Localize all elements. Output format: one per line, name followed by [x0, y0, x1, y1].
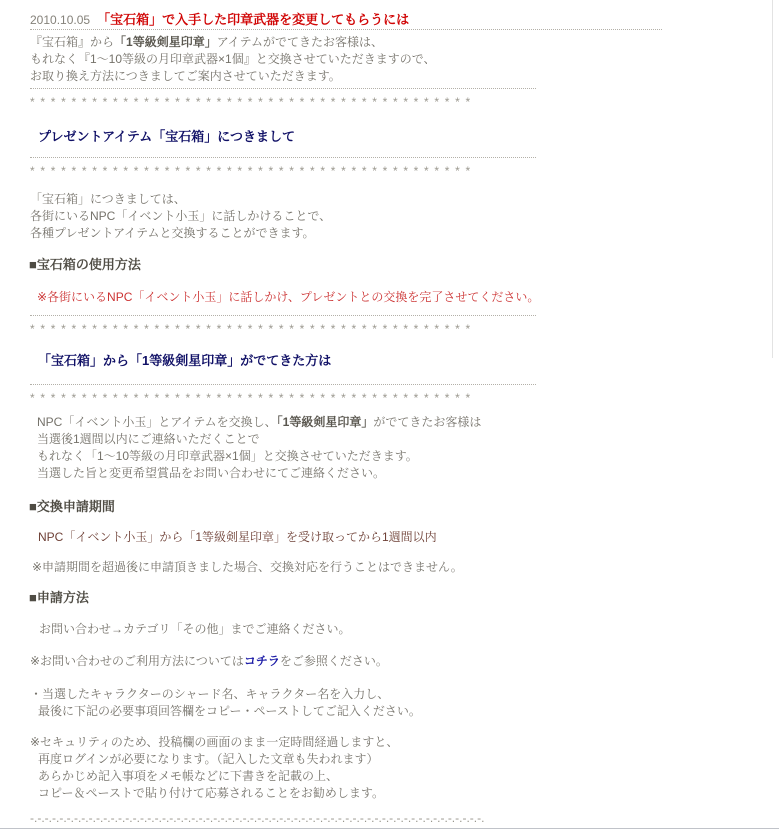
- usage-heading: ■宝石箱の使用方法: [29, 256, 141, 273]
- claim-line-1-pre: NPC「イベント小玉」とアイテムを交換し、: [37, 415, 277, 429]
- header-divider: [30, 29, 662, 30]
- intro-paragraph: 『宝石箱』から「1等級剣星印章」アイテムがでてきたお客様は、 もれなく『1～10…: [30, 34, 435, 85]
- method-heading: ■申請方法: [29, 589, 89, 606]
- gift-body-line-1: 「宝石箱」につきましては、: [30, 191, 331, 208]
- contact-note-post: をご参照ください。: [280, 654, 388, 668]
- method-line: お問い合わせ→カテゴリ「その他」までご連絡ください。: [39, 621, 351, 638]
- claim-line-3: もれなく「1～10等級の月印章武器×1個」と交換させていただきます。: [37, 448, 481, 465]
- gift-body-line-3: 各種プレゼントアイテムと交換することができます。: [30, 225, 331, 242]
- article-title: 「宝石箱」で入手した印章武器を変更してもらうには: [97, 12, 409, 27]
- contact-note-pre: ※お問い合わせのご利用方法については: [30, 654, 244, 668]
- security-paragraph: ※セキュリティのため、投稿欄の画面のまま一定時間経過しますと、 再度ログインが必…: [30, 734, 398, 802]
- asterisk-separator: ****************************************…: [30, 315, 536, 336]
- claim-paragraph: NPC「イベント小玉」とアイテムを交換し、「1等級剣星印章」がでてきたお客様は …: [37, 414, 481, 482]
- claim-line-1-post: がでてきたお客様は: [373, 415, 481, 429]
- period-note: ※申請期間を超過後に申請頂きました場合、交換対応を行うことはできません。: [32, 559, 463, 576]
- intro-line-1-pre: 『宝石箱』から: [30, 35, 114, 49]
- winner-section-heading: 「宝石箱」から「1等級剣星印章」がでてきた方は: [38, 352, 331, 369]
- security-line-3: あらかじめ記入事項をメモ帳などに下書きを記載の上、: [30, 768, 398, 785]
- intro-line-1: 『宝石箱』から「1等級剣星印章」アイテムがでてきたお客様は、: [30, 34, 435, 51]
- usage-warning-note: ※各街にいるNPC「イベント小玉」に話しかけ、プレゼントとの交換を完了させてくだ…: [37, 289, 539, 306]
- bullet-line-1: ・当選したキャラクターのシャード名、キャラクター名を入力し、: [30, 686, 421, 703]
- contact-note: ※お問い合わせのご利用方法についてはコチラをご参照ください。: [30, 653, 388, 670]
- claim-line-2: 当選後1週間以内にご連絡いただくことで: [37, 431, 481, 448]
- intro-line-3: お取り換え方法につきましてご案内させていただきます。: [30, 68, 435, 85]
- article-date: 2010.10.05: [30, 13, 90, 27]
- asterisk-separator: ****************************************…: [30, 157, 536, 178]
- kochira-link[interactable]: コチラ: [244, 654, 280, 668]
- gift-body-paragraph: 「宝石箱」につきましては、 各街にいるNPC「イベント小玉」に話しかけることで、…: [30, 191, 331, 242]
- claim-line-1: NPC「イベント小玉」とアイテムを交換し、「1等級剣星印章」がでてきたお客様は: [37, 414, 481, 431]
- gift-section-heading: プレゼントアイテム「宝石箱」につきまして: [38, 128, 295, 145]
- claim-line-1-bold: 「1等級剣星印章」: [277, 415, 374, 429]
- dashdot-separator: -.-.-.-.-.-.-.-.-.-.-.-.-.-.-.-.-.-.-.-.…: [30, 810, 536, 827]
- intro-line-1-post: アイテムがでてきたお客様は、: [217, 35, 383, 49]
- claim-line-4: 当選した旨と変更希望賞品をお問い合わせにてご連絡ください。: [37, 465, 481, 482]
- security-line-4: コピー＆ペーストで貼り付けて応募されることをお勧めします。: [30, 785, 398, 802]
- asterisk-separator: ****************************************…: [30, 88, 536, 109]
- asterisk-separator: ****************************************…: [30, 384, 536, 405]
- intro-line-2: もれなく『1～10等級の月印章武器×1個』と交換させていただきますので、: [30, 51, 435, 68]
- intro-line-1-bold: 「1等級剣星印章」: [114, 35, 217, 49]
- period-line: NPC「イベント小玉」から「1等級剣星印章」を受け取ってから1週間以内: [38, 529, 437, 546]
- bottom-frame-border: [0, 828, 779, 829]
- security-line-1: ※セキュリティのため、投稿欄の画面のまま一定時間経過しますと、: [30, 734, 398, 751]
- right-frame-border: [772, 0, 773, 358]
- period-heading: ■交換申請期間: [29, 498, 115, 515]
- security-line-2: 再度ログインが必要になります。（記入した文章も失われます）: [30, 751, 398, 768]
- gift-body-line-2: 各街にいるNPC「イベント小玉」に話しかけることで、: [30, 208, 331, 225]
- article-header: 2010.10.05「宝石箱」で入手した印章武器を変更してもらうには: [30, 9, 409, 29]
- bullet-line-2: 最後に下記の必要事項回答欄をコピー・ペーストしてご記入ください。: [30, 703, 421, 720]
- bullet-paragraph: ・当選したキャラクターのシャード名、キャラクター名を入力し、 最後に下記の必要事…: [30, 686, 421, 720]
- news-article-page: 2010.10.05「宝石箱」で入手した印章武器を変更してもらうには 『宝石箱』…: [0, 0, 779, 832]
